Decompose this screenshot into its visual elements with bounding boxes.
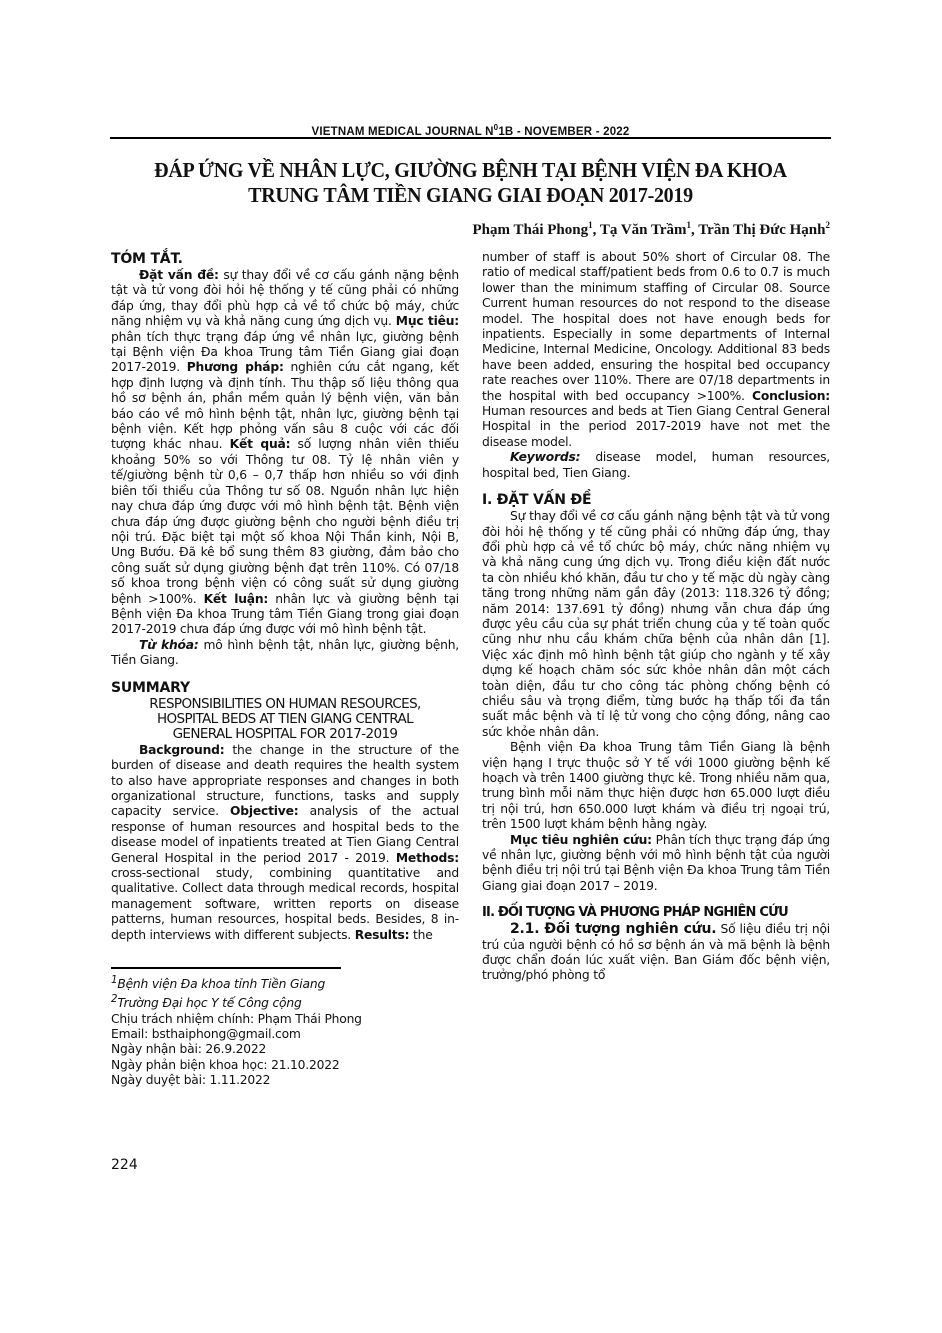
article-title: ĐÁP ỨNG VỀ NHÂN LỰC, GIƯỜNG BỆNH TẠI BỆN… xyxy=(135,158,806,208)
author-list: Phạm Thái Phong1, Tạ Văn Trầm1, Trần Thị… xyxy=(473,220,830,239)
title-line-1: ĐÁP ỨNG VỀ NHÂN LỰC, GIƯỜNG BỆNH TẠI BỆN… xyxy=(135,158,806,183)
summary-title: RESPONSIBILITIES ON HUMAN RESOURCES, HOS… xyxy=(111,697,459,743)
header-rule xyxy=(110,137,831,139)
summary-results-continued: number of staff is about 50% short of Ci… xyxy=(482,250,830,450)
journal-header: VIETNAM MEDICAL JOURNAL N01B - NOVEMBER … xyxy=(110,123,831,138)
section-1-p2: Bệnh viện Đa khoa Trung tâm Tiền Giang l… xyxy=(482,740,830,832)
left-column: TÓM TẮT. Đặt vấn đề: sự thay đổi về cơ c… xyxy=(111,250,459,1089)
section-2-heading: II. ĐỐI TƯỢNG VÀ PHƯƠNG PHÁP NGHIÊN CỨU xyxy=(482,904,830,922)
page-number: 224 xyxy=(111,1157,138,1173)
keywords-en: Keywords: disease model, human resources… xyxy=(482,450,830,481)
footnotes: 1Bệnh viện Đa khoa tỉnh Tiền Giang 2Trườ… xyxy=(111,973,459,1089)
footnote-rule xyxy=(111,967,341,969)
author: Phạm Thái Phong xyxy=(473,222,589,238)
summary-body: Background: the change in the structure … xyxy=(111,743,459,943)
keywords-vi: Từ khóa: mô hình bệnh tật, nhân lực, giư… xyxy=(111,638,459,669)
summary-heading: SUMMARY xyxy=(111,679,459,697)
section-1-p3: Mục tiêu nghiên cứu: Phân tích thực trạn… xyxy=(482,833,830,895)
abstract-vi: Đặt vấn đề: sự thay đổi về cơ cấu gánh n… xyxy=(111,268,459,638)
section-1-p1: Sự thay đổi về cơ cấu gánh nặng bệnh tật… xyxy=(482,509,830,740)
author: Trần Thị Đức Hạnh xyxy=(698,222,825,238)
abstract-heading: TÓM TẮT. xyxy=(111,250,459,268)
email-link[interactable]: Email: bsthaiphong@gmail.com xyxy=(111,1027,459,1042)
section-2-1: 2.1. Đối tượng nghiên cứu. Số liệu điều … xyxy=(482,922,830,984)
title-line-2: TRUNG TÂM TIỀN GIANG GIAI ĐOẠN 2017-2019 xyxy=(135,183,806,208)
right-column: number of staff is about 50% short of Ci… xyxy=(482,250,830,984)
section-1-heading: I. ĐẶT VẤN ĐỀ xyxy=(482,491,830,509)
author: Tạ Văn Trầm xyxy=(600,222,687,238)
